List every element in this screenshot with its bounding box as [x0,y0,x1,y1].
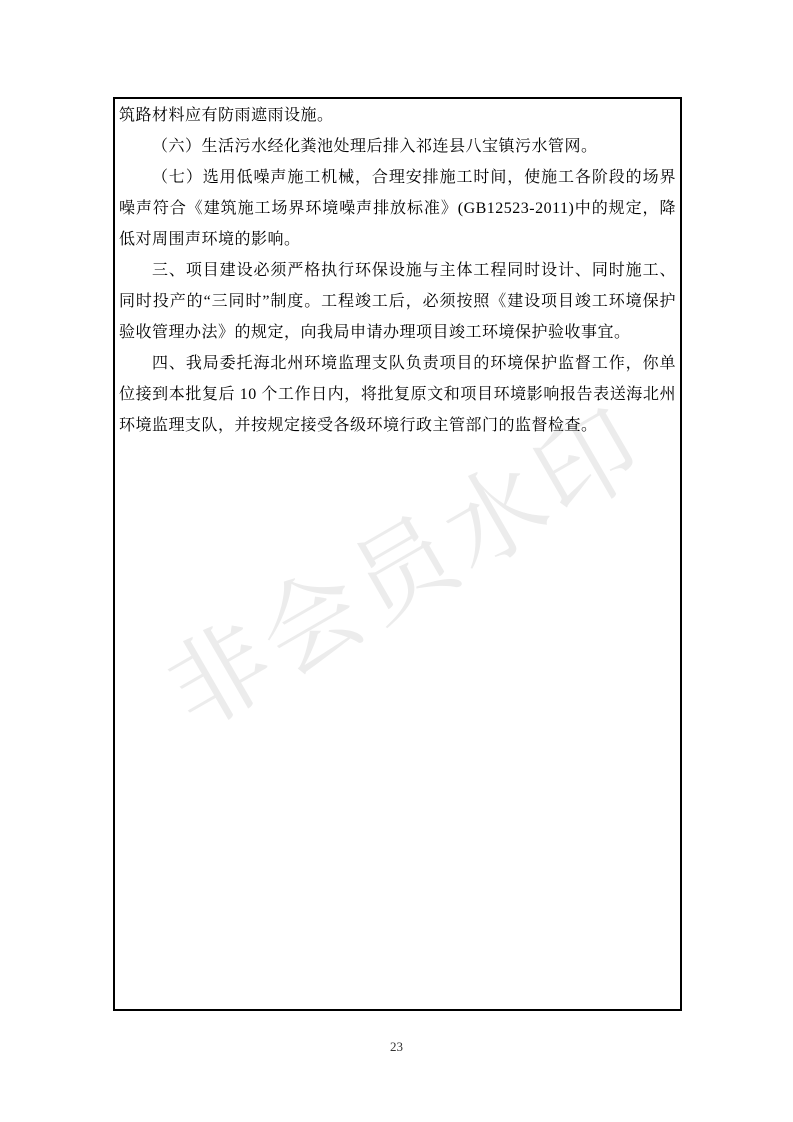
paragraph-continuation: 筑路材料应有防雨遮雨设施。 [119,100,676,131]
content-cell: 非会员水印 筑路材料应有防雨遮雨设施。 （六）生活污水经化粪池处理后排入祁连县八… [113,97,682,1011]
page-number: 23 [0,1039,793,1055]
paragraph-item-7: （七）选用低噪声施工机械，合理安排施工时间，使施工各阶段的场界噪声符合《建筑施工… [119,162,676,255]
paragraph-article-4: 四、我局委托海北州环境监理支队负责项目的环境保护监督工作，你单位接到本批复后 1… [119,348,676,441]
paragraph-article-3: 三、项目建设必须严格执行环保设施与主体工程同时设计、同时施工、同时投产的“三同时… [119,255,676,348]
paragraph-item-6: （六）生活污水经化粪池处理后排入祁连县八宝镇污水管网。 [119,131,676,162]
document-page: 非会员水印 筑路材料应有防雨遮雨设施。 （六）生活污水经化粪池处理后排入祁连县八… [0,0,793,1122]
